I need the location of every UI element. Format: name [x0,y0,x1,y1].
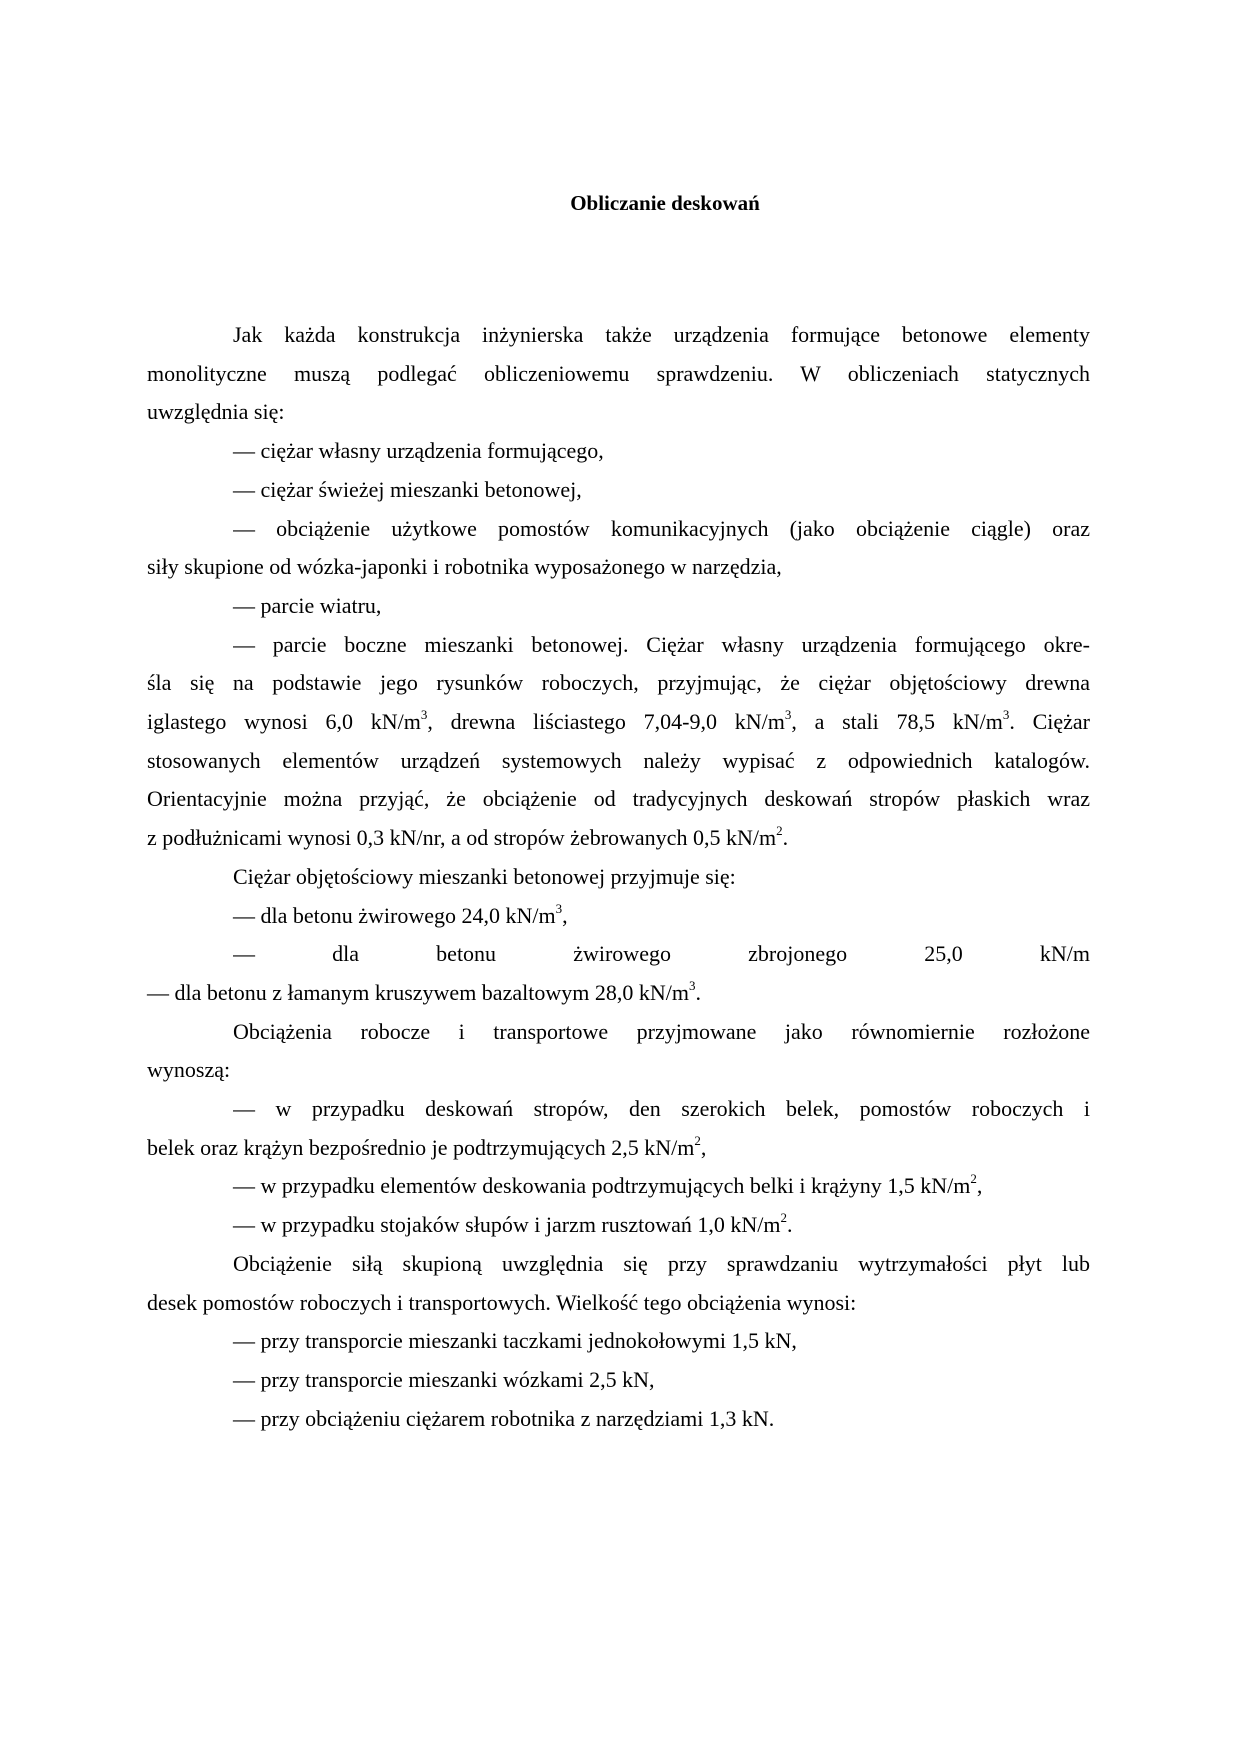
text-line: — przy transporcie mieszanki wózkami 2,5… [233,1367,1090,1393]
text-line: — obciążenie użytkowe pomostów komunikac… [233,516,1090,542]
text-line: — parcie boczne mieszanki betonowej. Cię… [233,632,1090,658]
text-line: — dla betonu z łamanym kruszywem bazalto… [147,980,1090,1006]
text-line: Ciężar objętościowy mieszanki betonowej … [233,864,1090,890]
text-line: stosowanych elementów urządzeń systemowy… [147,748,1090,774]
document-title: Obliczanie deskowań [0,191,1240,216]
text-line: — ciężar świeżej mieszanki betonowej, [233,477,1090,503]
text-line: — dla betonu żwirowego 24,0 kN/m3, [233,903,1090,929]
text-line: — w przypadku elementów deskowania podtr… [233,1173,1090,1199]
text-line: — w przypadku deskowań stropów, den szer… [233,1096,1090,1122]
document-page: Obliczanie deskowań Jak każda konstrukcj… [0,0,1240,1754]
text-line: — dla betonu żwirowego zbrojonego 25,0 k… [233,941,1090,967]
text-line: śla się na podstawie jego rysunków roboc… [147,670,1090,696]
text-line: z podłużnicami wynosi 0,3 kN/nr, a od st… [147,825,1090,851]
text-line: — ciężar własny urządzenia formującego, [233,438,1090,464]
text-line: Obciążenie siłą skupioną uwzględnia się … [233,1251,1090,1277]
text-line: iglastego wynosi 6,0 kN/m3, drewna liści… [147,709,1090,735]
text-line: wynoszą: [147,1057,1090,1083]
text-line: — przy obciążeniu ciężarem robotnika z n… [233,1406,1090,1432]
text-line: siły skupione od wózka-japonki i robotni… [147,554,1090,580]
text-line: Obciążenia robocze i transportowe przyjm… [233,1019,1090,1045]
text-line: desek pomostów roboczych i transportowyc… [147,1290,1090,1316]
text-line: Jak każda konstrukcja inżynierska także … [233,322,1090,348]
text-line: — parcie wiatru, [233,593,1090,619]
text-line: — w przypadku stojaków słupów i jarzm ru… [233,1212,1090,1238]
text-line: belek oraz krążyn bezpośrednio je podtrz… [147,1135,1090,1161]
text-line: uwzględnia się: [147,399,1090,425]
text-line: — przy transporcie mieszanki taczkami je… [233,1328,1090,1354]
text-line: monolityczne muszą podlegać obliczeniowe… [147,361,1090,387]
text-line: Orientacyjnie można przyjąć, że obciążen… [147,786,1090,812]
